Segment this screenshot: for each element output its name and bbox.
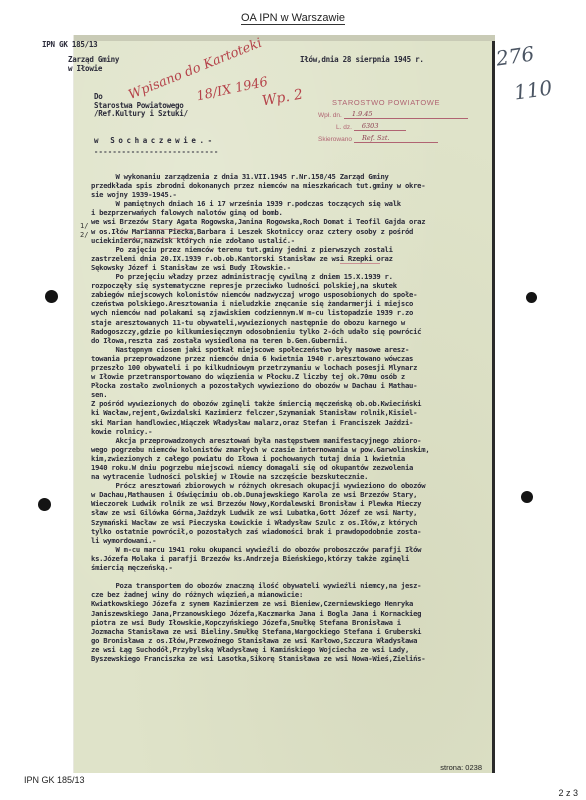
body-line: Prócz aresztowań zbiorowych w różnych ok… xyxy=(91,481,491,490)
sender-block: Zarząd Gminy w Iłowie xyxy=(68,55,119,73)
stamp-field-value: Ref. Szt. xyxy=(354,134,438,143)
body-line: sen. xyxy=(91,390,491,399)
body-line: Po zajęciu przez niemców terenu tut.gmin… xyxy=(91,245,491,254)
body-line: rozpoczęły się systematyczne represje pr… xyxy=(91,281,491,290)
body-line: W wykonaniu zarządzenia z dnia 31.VII.19… xyxy=(91,172,491,181)
stamp-title: STAROSTWO POWIATOWE xyxy=(332,98,468,107)
city-underline: --------------------------- xyxy=(94,148,219,156)
body-line: staje aresztowanych 11-tu obywateli,wywi… xyxy=(91,318,491,327)
body-line: Janiszewskiego Jana,Przanowskiego Józefa… xyxy=(91,609,491,618)
sender-line: w Iłowie xyxy=(68,64,119,73)
body-line: przeszło 100 obywateli i po kilkudniowym… xyxy=(91,363,491,372)
page-count: 2 z 3 xyxy=(558,788,578,798)
body-line: Po przejęciu władzy przez administrację … xyxy=(91,272,491,281)
punch-hole-icon xyxy=(526,292,537,303)
body-line: i bezprzerwańych falowych nalotów giną o… xyxy=(91,208,491,217)
archive-header: OA IPN w Warszawie xyxy=(0,12,586,24)
stamp-field-label: L. dz. xyxy=(336,124,352,131)
body-line: kim,zwiezionych z całego powiatu do Iłow… xyxy=(91,454,491,463)
body-line: w Dachau,Mathausen i Oświęcimiu ob.ob.Du… xyxy=(91,490,491,499)
body-line: Poza transportem do obozów znaczną ilość… xyxy=(91,581,491,590)
body-line: 1940 roku.W dniu pogrzebu miejscowi niem… xyxy=(91,463,491,472)
stamp-field-value: 6303 xyxy=(354,122,406,131)
letter-body: W wykonaniu zarządzenia z dnia 31.VII.19… xyxy=(91,172,491,663)
body-line: Szymański Wacław ze wsi Pieczyska Łowick… xyxy=(91,518,491,527)
body-line: ks.Józefa Molaka i parafji Brzezów ks.An… xyxy=(91,554,491,563)
body-line: Byszewskiego Franciszka ze wsi Lasotka,S… xyxy=(91,654,491,663)
registry-stamp: STAROSTWO POWIATOWE Wpł. dn. 1.9.45 L. d… xyxy=(318,98,468,143)
body-line: W m-cu marcu 1941 roku okupanci wywieźli… xyxy=(91,545,491,554)
page-top-edge xyxy=(74,35,495,41)
body-line: Wieczorek Ludwik rolnik ze wsi Brzezów N… xyxy=(91,499,491,508)
body-line: w os.Iłów Marianna Piecka,Barbara i Lesz… xyxy=(91,227,491,236)
body-line: Jozmacha Stanisława ze wsi Bieliny.Smułk… xyxy=(91,627,491,636)
punch-hole-icon xyxy=(521,491,533,503)
stamp-field: L. dz. 6303 xyxy=(336,122,406,131)
margin-mark: 2/ xyxy=(80,231,88,239)
body-line: Następnym ciosem jaki spotkał miejscowe … xyxy=(91,345,491,354)
handwritten-number: 276 xyxy=(495,41,536,70)
stamp-field-label: Wpł. dn. xyxy=(318,112,342,119)
dateline: Iłów,dnia 28 sierpnia 1945 r. xyxy=(300,55,424,64)
body-line: kowie rolnicy.- xyxy=(91,427,491,436)
archive-reference-bottom: IPN GK 185/13 xyxy=(24,775,85,785)
body-line: zabiegów miejscowych kolonistów niemców … xyxy=(91,290,491,299)
margin-mark: 1/ xyxy=(80,222,88,230)
body-line: wego pogrzebu niemców kolonistów zmarłyc… xyxy=(91,445,491,454)
page-number-label: strona: 0238 xyxy=(440,763,482,772)
body-line: Radogoszczy,gdzie po kilkumiesięcznym od… xyxy=(91,327,491,336)
body-line: li wymordowani.- xyxy=(91,536,491,545)
handwritten-number: 110 xyxy=(513,75,554,104)
body-line: w Iłowie przetransportowano do więzienia… xyxy=(91,372,491,381)
body-line: tylko ostatnie powrócił,o pozostałych za… xyxy=(91,527,491,536)
body-line: sie wojny 1939-1945.- xyxy=(91,190,491,199)
body-line: Akcja przeprowadzonych aresztowań była n… xyxy=(91,436,491,445)
body-line xyxy=(91,572,491,581)
body-line: wych niemców nad polakami są zjawiskiem … xyxy=(91,308,491,317)
body-line: W pamiętnych dniach 16 i 17 września 193… xyxy=(91,199,491,208)
body-line: do Iłowa,reszta zaś została wysiedlona n… xyxy=(91,336,491,345)
body-line: go Bronisława z os.Iłów,Przewoźnego Stan… xyxy=(91,636,491,645)
body-line: uciekinierów,nazwisk których nie zdołano… xyxy=(91,236,491,245)
sender-line: Zarząd Gminy xyxy=(68,55,119,64)
body-line: czeństwa polskiego.Aresztowania i nielud… xyxy=(91,299,491,308)
body-line: ze wsi Łąg Suchodół,Przybylską Władysław… xyxy=(91,645,491,654)
recipient-city: w Sochaczewie.- xyxy=(94,136,216,145)
body-line: towania przeprowadzone przez niemców dni… xyxy=(91,354,491,363)
body-line: we wsi Brzezów Stary Agata Rogowska,Jani… xyxy=(91,217,491,226)
stamp-field: Skierowano Ref. Szt. xyxy=(318,134,438,143)
body-line: cze bez żadnej winy do różnych więzień,a… xyxy=(91,590,491,599)
body-line: ski Marian handlowiec,Wiączek Władysław … xyxy=(91,418,491,427)
stamp-field-value: 1.9.45 xyxy=(344,110,468,119)
body-line: przedkłada spis zbrodni dokonanych przez… xyxy=(91,181,491,190)
punch-hole-icon xyxy=(38,498,51,511)
body-line: Z pośród wywiezionych do obozów zginęli … xyxy=(91,399,491,408)
body-line: Płocka zostało zwolnionych a pozostałych… xyxy=(91,381,491,390)
body-line: Kwiatkowskiego Józefa z synem Kazimierze… xyxy=(91,599,491,608)
body-line: zastrzeleni dnia 20.IX.1939 r.ob.ob.Kant… xyxy=(91,254,491,263)
body-line: sław ze wsi Gilówka Górna,Jaźdzyk Ludwik… xyxy=(91,508,491,517)
body-line: na wytracenie ludności polskiej w Iłowie… xyxy=(91,472,491,481)
body-line: śmiercią męczeńską.- xyxy=(91,563,491,572)
stamp-field-label: Skierowano xyxy=(318,136,352,143)
body-line: ki Wacław,rejent,Gwizdalski Kazimierz fe… xyxy=(91,408,491,417)
punch-hole-icon xyxy=(45,290,58,303)
recipient-line: /Ref.Kultury i Sztuki/ xyxy=(94,110,188,119)
stamp-field: Wpł. dn. 1.9.45 xyxy=(318,110,468,119)
body-line: Sękowsky Józef i Stanisław ze wsi Budy I… xyxy=(91,263,491,272)
body-line: piotra ze wsi Budy Iłowskie,Kopczyńskieg… xyxy=(91,618,491,627)
archive-reference-top: IPN GK 185/13 xyxy=(42,40,97,49)
